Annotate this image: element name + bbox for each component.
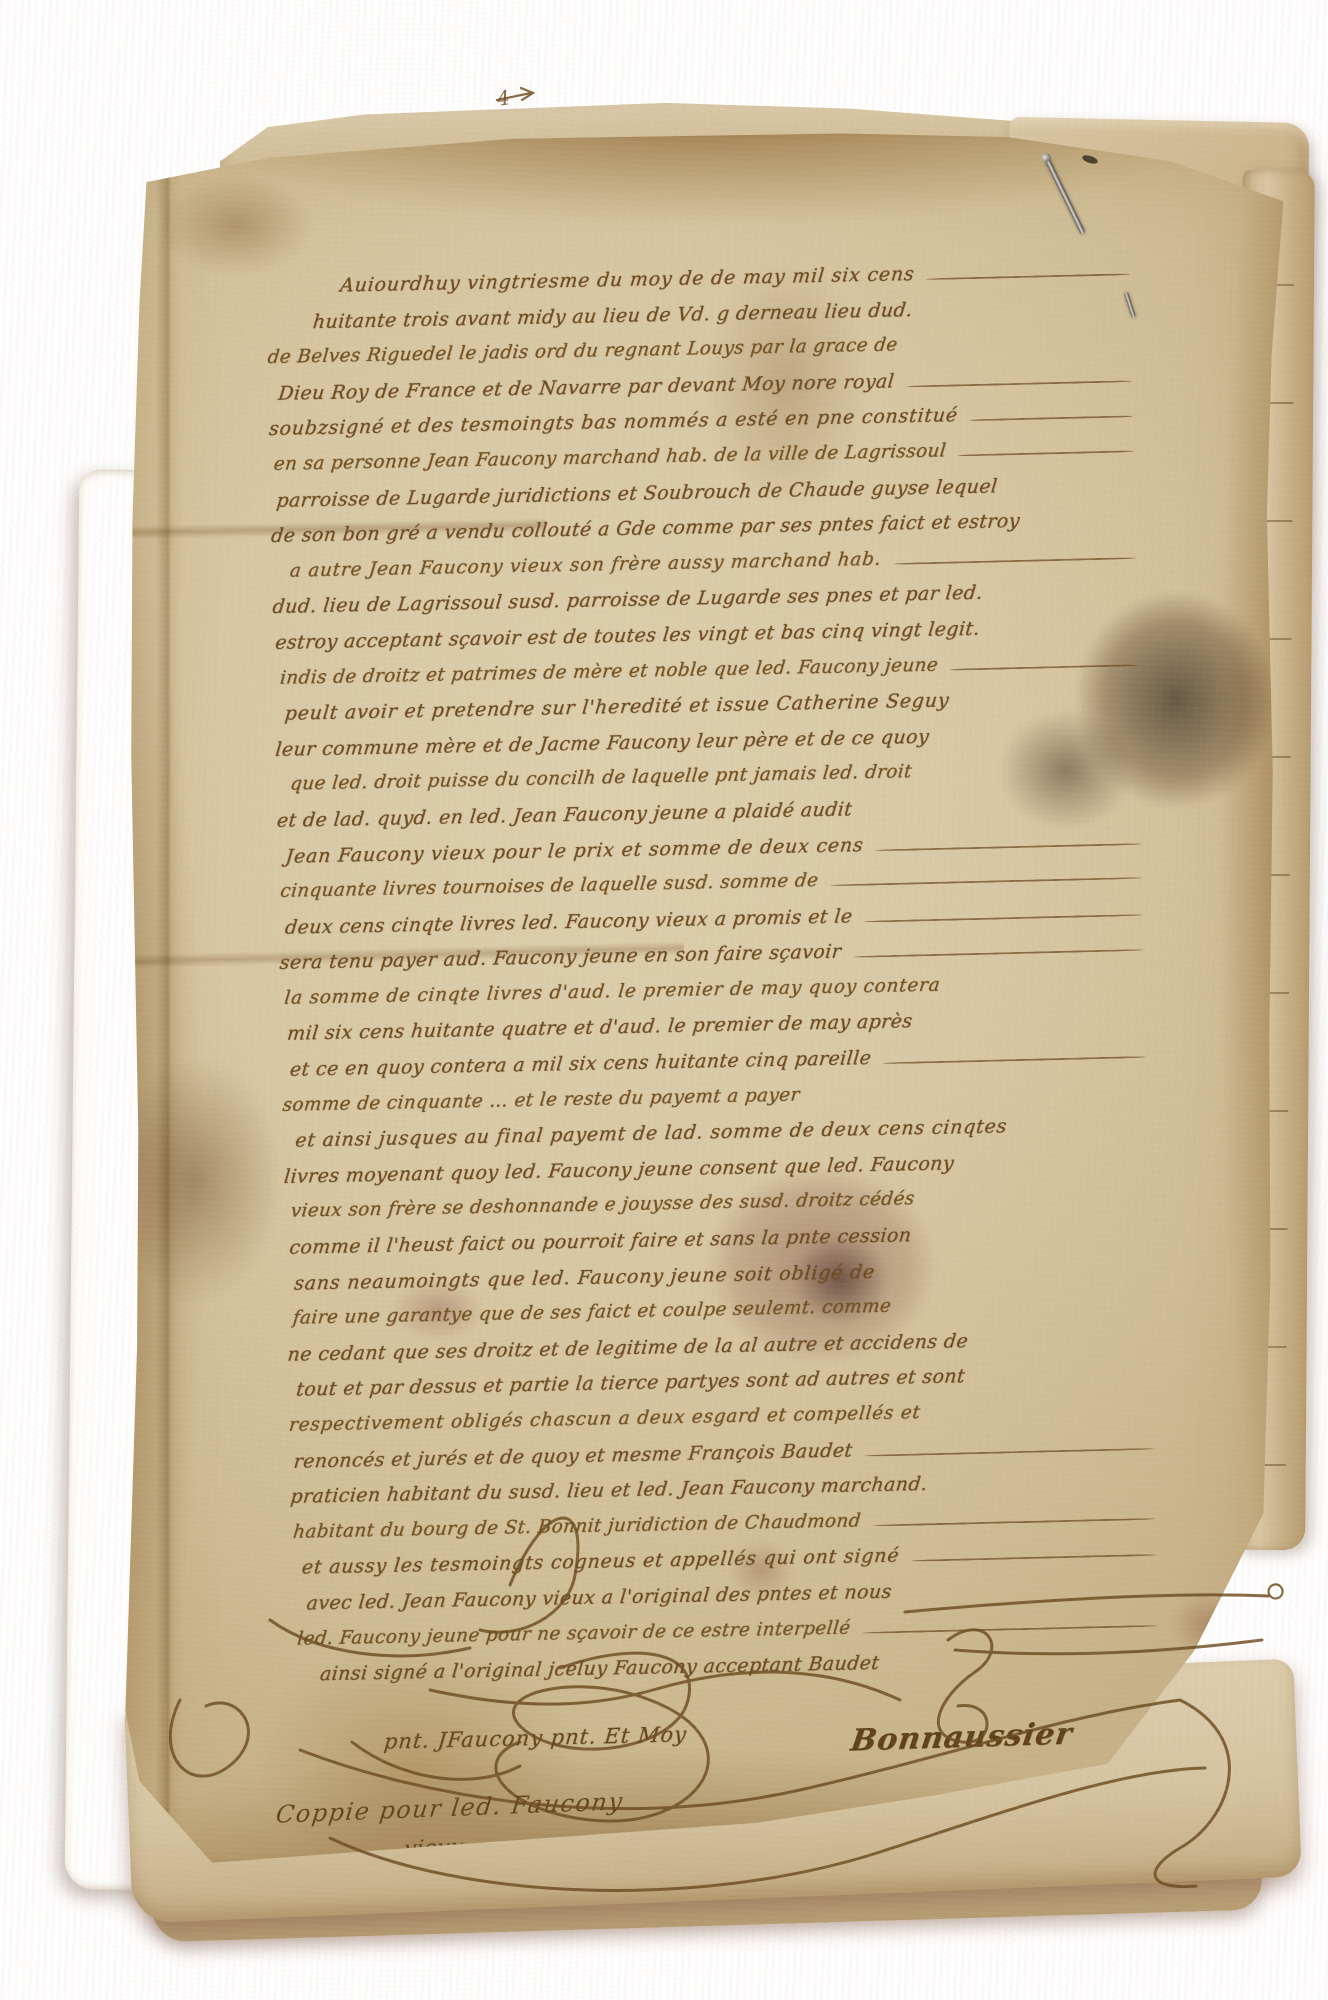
line-filler-dash (893, 557, 1135, 565)
line-filler-dash (830, 877, 1142, 887)
line-filler-dash (970, 416, 1133, 422)
line-filler-dash (911, 1554, 1155, 1562)
line-filler-dash (876, 842, 1142, 850)
line-filler-dash (958, 450, 1134, 456)
line-filler-dash (865, 1447, 1154, 1456)
line-filler-dash (853, 949, 1143, 958)
notary-title: No.re royal (1135, 1720, 1264, 1749)
line-filler-dash (865, 914, 1143, 923)
attestation-line: pnt. JFaucony pnt. Et Moy (383, 1722, 688, 1753)
docket-copy-note-2: vieux (403, 1835, 465, 1862)
line-filler-dash (950, 664, 1138, 671)
manuscript-text: Auiourdhuy vingtriesme du moy de de may … (266, 259, 1162, 1700)
photo-backdrop: 4 Auiourdhuy vingtriesme du moy de de ma… (0, 0, 1328, 2000)
register-mark: 4 (495, 85, 511, 111)
notary-signature: Bonnaussier (849, 1716, 1075, 1758)
line-filler-dash (863, 1624, 1158, 1633)
line-filler-dash (906, 380, 1132, 388)
left-margin-stain (86, 1020, 306, 1340)
line-filler-dash (873, 1518, 1155, 1527)
manuscript-line-text: Auiourdhuy vingtriesme du moy de de may … (339, 263, 916, 297)
pink-spot-bottom (1156, 1580, 1266, 1670)
line-filler-dash (927, 273, 1131, 280)
docket-copy-note: Coppie pour led. Faucony (274, 1787, 625, 1828)
vertical-fold-crease (156, 160, 182, 1820)
top-left-corner-stain (136, 160, 336, 290)
line-filler-dash (883, 1056, 1146, 1064)
manuscript-page: Auiourdhuy vingtriesme du moy de de may … (116, 130, 1288, 1868)
